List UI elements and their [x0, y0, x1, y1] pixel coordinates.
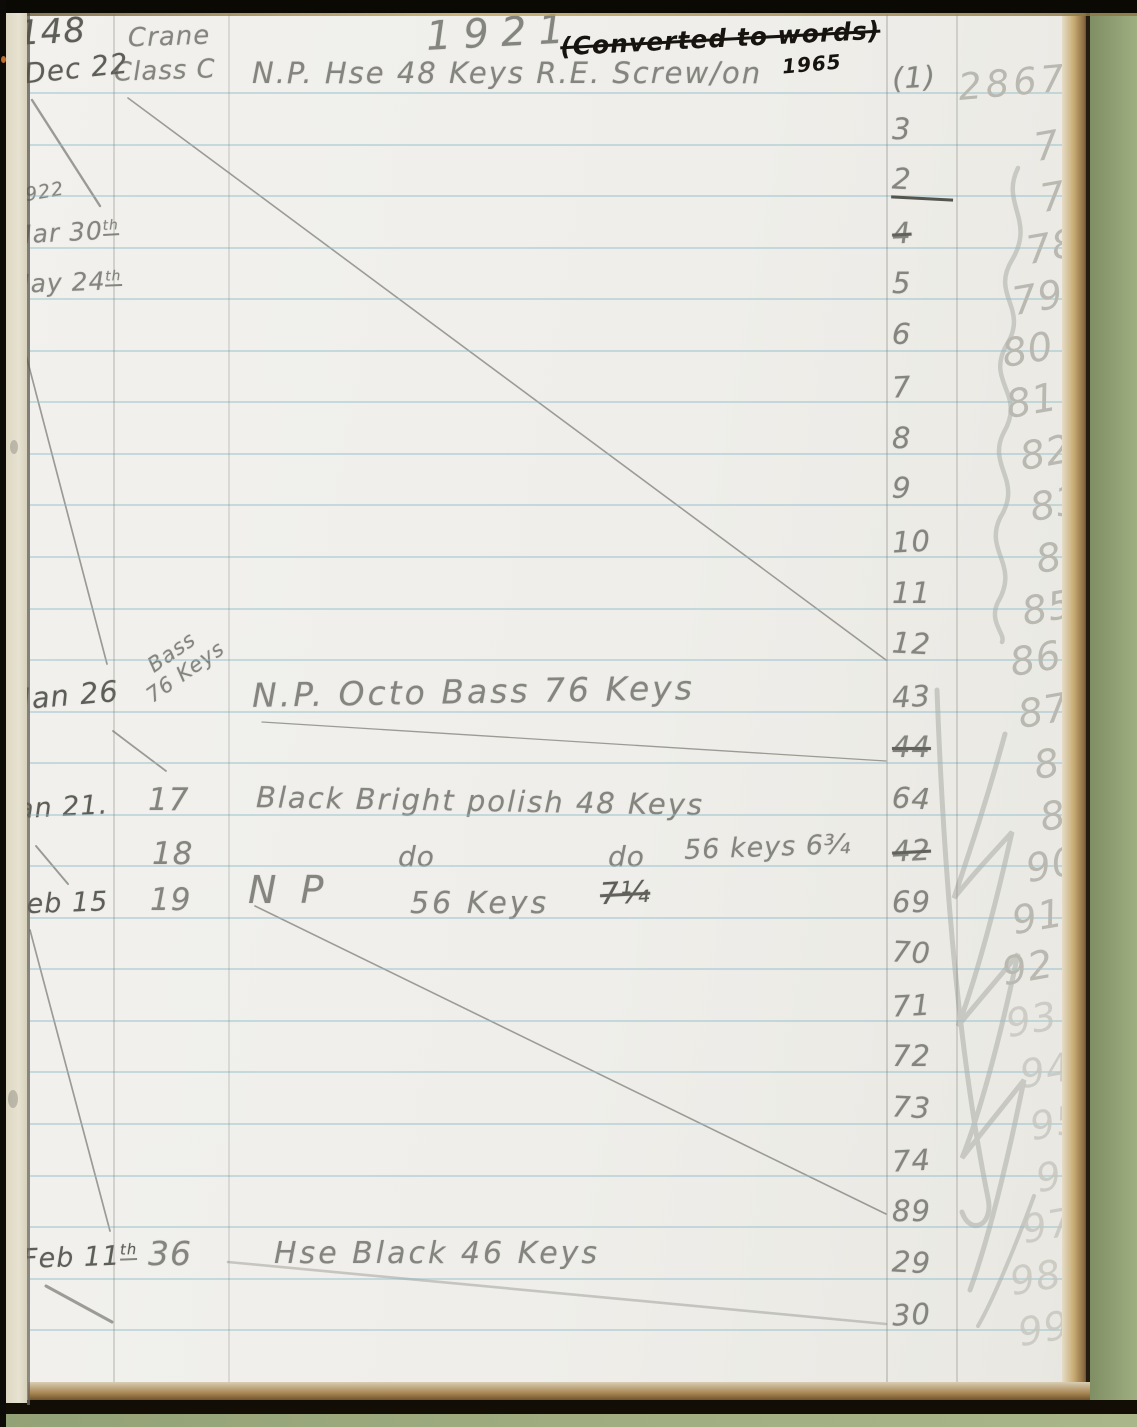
edge-smudge [10, 440, 18, 454]
page-gutter-line [27, 13, 30, 1405]
serial-number: 3 [892, 112, 954, 146]
batch-note: Bass76 Keys [128, 617, 229, 708]
serial-number: 11 [892, 576, 954, 610]
serial-number: 70 [891, 935, 955, 972]
pencil-marks-overlay [0, 0, 1137, 1427]
entry-description-feb15-b: 56 Keys [410, 886, 549, 921]
serial-number: 10 [891, 522, 955, 559]
column-header-line1: Crane [128, 21, 211, 54]
serial-number: (1) [891, 58, 955, 95]
serial-number: 73 [891, 1089, 955, 1126]
entry-date-feb11: Feb 11th [21, 1240, 137, 1275]
serial-number: 69 [892, 885, 954, 919]
serial-number: 2 [891, 161, 955, 201]
serial-number: 71 [891, 986, 955, 1023]
item-no-36: 36 [148, 1234, 192, 1273]
date-suffix: th [120, 1240, 138, 1261]
ledger-number: 86 [1006, 633, 1065, 686]
serial-number: 30 [891, 1296, 955, 1333]
ledger-number: 93 [1002, 994, 1061, 1047]
column-divider [228, 14, 230, 1382]
serial-number: 5 [892, 266, 954, 300]
serial-number: 43 [891, 677, 955, 714]
scan-background-right [1090, 0, 1137, 1427]
struck-measure: 7¼ [599, 875, 651, 913]
scanned-ledger-page: 148 Crane Class C 1921 (Converted to wor… [0, 0, 1137, 1427]
entry-description-18: 56 keys 6¾ [684, 829, 852, 866]
edge-smudge [8, 1090, 18, 1108]
ledger-number: 80 [998, 324, 1057, 377]
serial-number: 4 [891, 213, 955, 250]
column-divider [956, 14, 958, 1382]
item-no-19: 19 [150, 882, 191, 918]
edge-stain [1, 56, 6, 63]
ledger-number: 79 [1008, 272, 1067, 325]
serial-number: 29 [891, 1244, 955, 1281]
ledger-number: 81 [1002, 375, 1061, 428]
scan-border-top [0, 0, 1137, 13]
serial-number: 12 [891, 625, 955, 662]
serial-number: 9 [891, 471, 955, 508]
serial-number: 74 [891, 1141, 955, 1178]
serial-number: 44 [892, 730, 954, 764]
ledger-number: 91 [1008, 891, 1067, 944]
serial-number: 7 [891, 368, 955, 405]
entry-description-feb15-a: N P [248, 868, 329, 912]
item-no-17: 17 [148, 782, 189, 818]
ledger-number: 98 [1006, 1251, 1065, 1304]
previous-page-edge [6, 13, 27, 1403]
entry-description-dec22: N.P. Hse 48 Keys R.E. Screw/on [252, 56, 762, 90]
date-suffix: th [102, 217, 119, 236]
column-divider [886, 14, 888, 1382]
serial-number: 6 [891, 316, 955, 353]
column-divider [113, 14, 115, 1382]
serial-number: 64 [891, 780, 955, 817]
ledger-paper: 148 Crane Class C 1921 (Converted to wor… [0, 0, 1137, 1427]
scan-background-bottom [0, 1414, 1137, 1427]
serial-number: 72 [892, 1039, 954, 1073]
entry-description-feb11: Hse Black 46 Keys [274, 1236, 600, 1271]
converted-year-note: 1965 [781, 49, 843, 78]
serial-number: 42 [891, 832, 955, 869]
ditto-mark: do [608, 840, 645, 873]
ditto-mark: do [398, 840, 435, 873]
ledger-number: 92 [998, 942, 1057, 995]
scan-border-top-accent [0, 13, 1137, 16]
page-edge-right [1062, 13, 1088, 1385]
entry-description-jan26: N.P. Octo Bass 76 Keys [252, 668, 696, 715]
serial-number: 8 [892, 421, 954, 455]
serial-number: 89 [892, 1194, 954, 1228]
page-edge-bottom [28, 1382, 1090, 1402]
